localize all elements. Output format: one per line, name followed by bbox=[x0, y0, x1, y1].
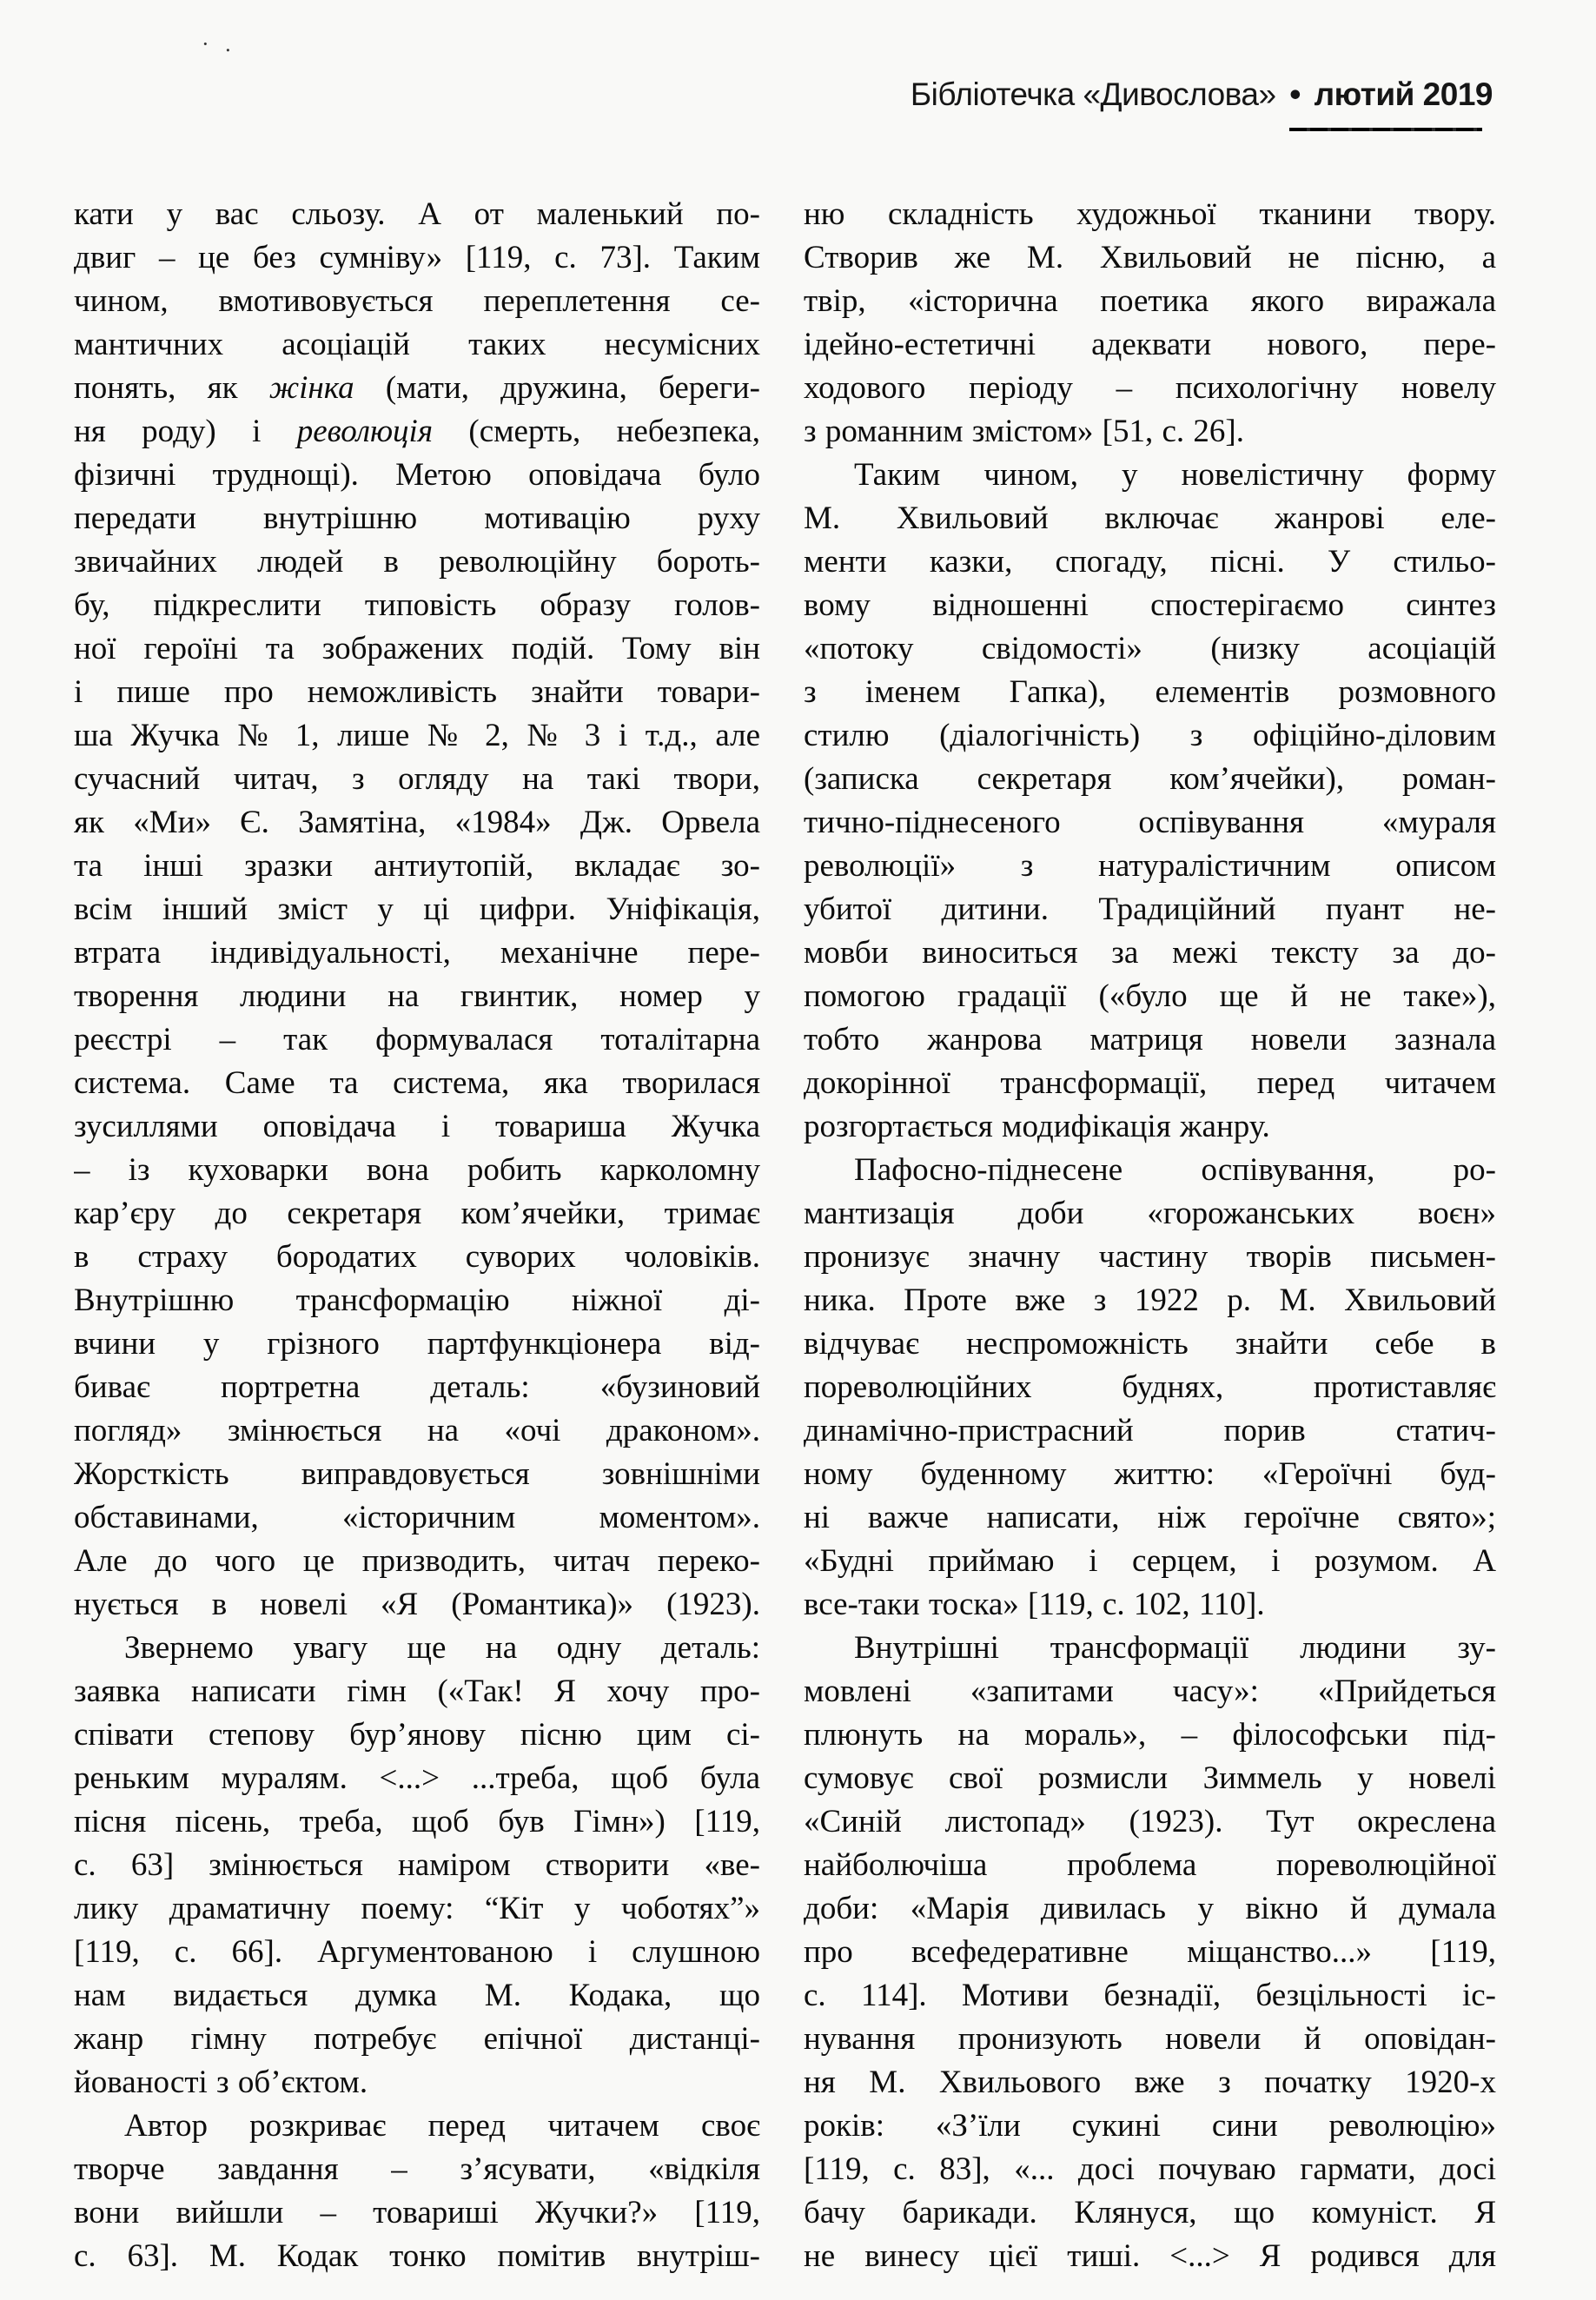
text-line: (записка секретаря ком’ячейки), роман- bbox=[804, 758, 1496, 801]
text-line: ної героїні та зображених подій. Тому ві… bbox=[74, 627, 760, 671]
text-line: помогою градації («було ще й не таке»), bbox=[804, 975, 1496, 1018]
text-line: йованості з об’єктом. bbox=[74, 2061, 760, 2104]
text-line: відчуває неспроможність знайти себе в bbox=[804, 1322, 1496, 1366]
text-line: Жорсткість виправдовується зовнішніми bbox=[74, 1453, 760, 1496]
text-line: Створив же М. Хвильовий не пісню, а bbox=[804, 236, 1496, 280]
text-line: мовлені «запитами часу»: «Прийдеться bbox=[804, 1670, 1496, 1713]
header-journal-title: Бібліотечка «Дивослова» bbox=[911, 76, 1276, 112]
text-line: погляд» змінюється на «очі драконом». bbox=[74, 1409, 760, 1453]
text-column-right: ню складність художньої тканини твору.Ст… bbox=[804, 193, 1496, 2278]
text-line: з іменем Гапка), елементів розмовного bbox=[804, 671, 1496, 714]
text-line: нування пронизують новели й оповідан- bbox=[804, 2018, 1496, 2061]
text-line: бачу барикади. Клянуся, що комуніст. Я bbox=[804, 2191, 1496, 2235]
text-line: сумовує свої розмисли Зиммель у новелі bbox=[804, 1757, 1496, 1800]
text-line: сучасний читач, з огляду на такі твори, bbox=[74, 758, 760, 801]
text-line: ша Жучка № 1, лише № 2, № 3 і т.д., але bbox=[74, 714, 760, 758]
text-line: Внутрішні трансформації людини зу- bbox=[804, 1627, 1496, 1670]
text-line: пореволюційних буднях, протиставляє bbox=[804, 1366, 1496, 1409]
text-line: розгортається модифікація жанру. bbox=[804, 1105, 1496, 1149]
text-line: с. 114]. Мотиви безнадії, безцільності і… bbox=[804, 1974, 1496, 2018]
text-line: нам видається думка М. Кодака, що bbox=[74, 1974, 760, 2018]
text-line: зусиллями оповідача і товариша Жучка bbox=[74, 1105, 760, 1149]
text-line: жанр гімну потребує епічної дистанці- bbox=[74, 2018, 760, 2061]
text-line: реєстрі – так формувалася тоталітарна bbox=[74, 1018, 760, 1062]
scan-artifact-speck: · . bbox=[202, 31, 236, 57]
text-line: Автор розкриває перед читачем своє bbox=[74, 2104, 760, 2148]
text-line: тобто жанрова матриця новели зазнала bbox=[804, 1018, 1496, 1062]
text-line: вому відношенні спостерігаємо синтез bbox=[804, 584, 1496, 627]
text-line: в страху бородатих суворих чоловіків. bbox=[74, 1236, 760, 1279]
text-line: ню складність художньої тканини твору. bbox=[804, 193, 1496, 236]
text-line: революції» з натуралістичним описом bbox=[804, 845, 1496, 888]
text-line: ідейно-естетичні адеквати нового, пере- bbox=[804, 323, 1496, 367]
header-underline-rule bbox=[1289, 128, 1482, 131]
text-line: ному буденному життю: «Героїчні буд- bbox=[804, 1453, 1496, 1496]
text-line: ня М. Хвильового вже з початку 1920-х bbox=[804, 2061, 1496, 2104]
text-line: вони вийшли – товариші Жучки?» [119, bbox=[74, 2191, 760, 2235]
text-line: менти казки, спогаду, пісні. У стильо- bbox=[804, 540, 1496, 584]
text-line: про всефедеративне міщанство...» [119, bbox=[804, 1931, 1496, 1974]
text-line: і пише про неможливість знайти товари- bbox=[74, 671, 760, 714]
header-bullet-separator: • bbox=[1289, 76, 1300, 112]
text-line: докорінної трансформації, перед читачем bbox=[804, 1062, 1496, 1105]
text-line: заявка написати гімн («Так! Я хочу про- bbox=[74, 1670, 760, 1713]
text-line: двиг – це без сумніву» [119, с. 73]. Так… bbox=[74, 236, 760, 280]
text-line: втрата індивідуальності, механічне пере- bbox=[74, 931, 760, 975]
text-line: та інші зразки антиутопій, вкладає зо- bbox=[74, 845, 760, 888]
text-line: ника. Проте вже з 1922 р. М. Хвильовий bbox=[804, 1279, 1496, 1322]
text-line: динамічно-пристрасний порив статич- bbox=[804, 1409, 1496, 1453]
text-line: плюнуть на мораль», – філософськи під- bbox=[804, 1713, 1496, 1757]
text-line: все-таки тоска» [119, с. 102, 110]. bbox=[804, 1583, 1496, 1627]
text-line: Таким чином, у новелістичну форму bbox=[804, 454, 1496, 497]
text-line: найболючіша проблема пореволюційної bbox=[804, 1844, 1496, 1887]
text-line: творче завдання – з’ясувати, «відкіля bbox=[74, 2148, 760, 2191]
text-line: с. 63]. М. Кодак тонко помітив внутріш- bbox=[74, 2235, 760, 2278]
text-line: реньким муралям. <...> ...треба, щоб бул… bbox=[74, 1757, 760, 1800]
text-line: чином, вмотивовується переплетення се- bbox=[74, 280, 760, 323]
text-line: стилю (діалогічність) з офіційно-діловим bbox=[804, 714, 1496, 758]
text-line: не винесу цієї тиші. <...> Я родився для bbox=[804, 2235, 1496, 2278]
text-line: «Синій листопад» (1923). Тут окреслена bbox=[804, 1800, 1496, 1844]
header-issue-date: лютий 2019 bbox=[1315, 76, 1493, 112]
text-line: тично-піднесеного оспівування «мураля bbox=[804, 801, 1496, 845]
text-line: співати степову бур’янову пісню цим сі- bbox=[74, 1713, 760, 1757]
text-line: пісня пісень, треба, щоб був Гімн») [119… bbox=[74, 1800, 760, 1844]
text-column-left: кати у вас сльозу. А от маленький по-дви… bbox=[74, 193, 760, 2278]
text-line: ня роду) і революція (смерть, небезпека, bbox=[74, 410, 760, 454]
text-line: ходового періоду – психологічну новелу bbox=[804, 367, 1496, 410]
text-line: [119, с. 66]. Аргументованою і слушною bbox=[74, 1931, 760, 1974]
text-line: творення людини на гвинтик, номер у bbox=[74, 975, 760, 1018]
text-line: років: «З’їли сукині сини революцію» bbox=[804, 2104, 1496, 2148]
text-line: Але до чого це призводить, читач переко- bbox=[74, 1540, 760, 1583]
text-line: ні важче написати, ніж героїчне свято»; bbox=[804, 1496, 1496, 1540]
text-line: – із куховарки вона робить карколомну bbox=[74, 1149, 760, 1192]
text-line: Пафосно-піднесене оспівування, ро- bbox=[804, 1149, 1496, 1192]
text-line: с. 63] змінюється наміром створити «ве- bbox=[74, 1844, 760, 1887]
text-line: звичайних людей в революційну бороть- bbox=[74, 540, 760, 584]
text-line: обставинами, «історичним моментом». bbox=[74, 1496, 760, 1540]
text-line: мантизація доби «горожанських воєн» bbox=[804, 1192, 1496, 1236]
text-line: М. Хвильовий включає жанрові еле- bbox=[804, 497, 1496, 540]
text-line: кати у вас сльозу. А от маленький по- bbox=[74, 193, 760, 236]
text-line: «потоку свідомості» (низку асоціацій bbox=[804, 627, 1496, 671]
text-line: «Будні приймаю і серцем, і розумом. А bbox=[804, 1540, 1496, 1583]
running-header: Бібліотечка «Дивослова» • лютий 2019 bbox=[0, 76, 1493, 113]
text-line: з романним змістом» [51, с. 26]. bbox=[804, 410, 1496, 454]
text-line: понять, як жінка (мати, дружина, береги- bbox=[74, 367, 760, 410]
text-line: убитої дитини. Традиційний пуант не- bbox=[804, 888, 1496, 931]
text-line: бу, підкреслити типовість образу голов- bbox=[74, 584, 760, 627]
text-line: фізичні труднощі). Метою оповідача було bbox=[74, 454, 760, 497]
text-line: всім інший зміст у ці цифри. Уніфікація, bbox=[74, 888, 760, 931]
text-line: нується в новелі «Я (Романтика)» (1923). bbox=[74, 1583, 760, 1627]
text-line: мантичних асоціацій таких несумісних bbox=[74, 323, 760, 367]
text-line: мовби виноситься за межі тексту за до- bbox=[804, 931, 1496, 975]
text-line: кар’єру до секретаря ком’ячейки, тримає bbox=[74, 1192, 760, 1236]
text-line: як «Ми» Є. Замятіна, «1984» Дж. Орвела bbox=[74, 801, 760, 845]
text-line: система. Саме та система, яка творилася bbox=[74, 1062, 760, 1105]
text-line: передати внутрішню мотивацію руху bbox=[74, 497, 760, 540]
text-line: вчини у грізного партфункціонера від- bbox=[74, 1322, 760, 1366]
text-line: Звернемо увагу ще на одну деталь: bbox=[74, 1627, 760, 1670]
text-line: доби: «Марія дивилась у вікно й думала bbox=[804, 1887, 1496, 1931]
text-line: [119, с. 83], «... досі почуваю гармати,… bbox=[804, 2148, 1496, 2191]
text-line: биває портретна деталь: «бузиновий bbox=[74, 1366, 760, 1409]
text-line: твір, «історична поетика якого виражала bbox=[804, 280, 1496, 323]
text-line: лику драматичну поему: “Кіт у чоботях”» bbox=[74, 1887, 760, 1931]
text-line: Внутрішню трансформацію ніжної ді- bbox=[74, 1279, 760, 1322]
text-line: пронизує значну частину творів письмен- bbox=[804, 1236, 1496, 1279]
scanned-document-page: · . Бібліотечка «Дивослова» • лютий 2019… bbox=[0, 0, 1596, 2300]
